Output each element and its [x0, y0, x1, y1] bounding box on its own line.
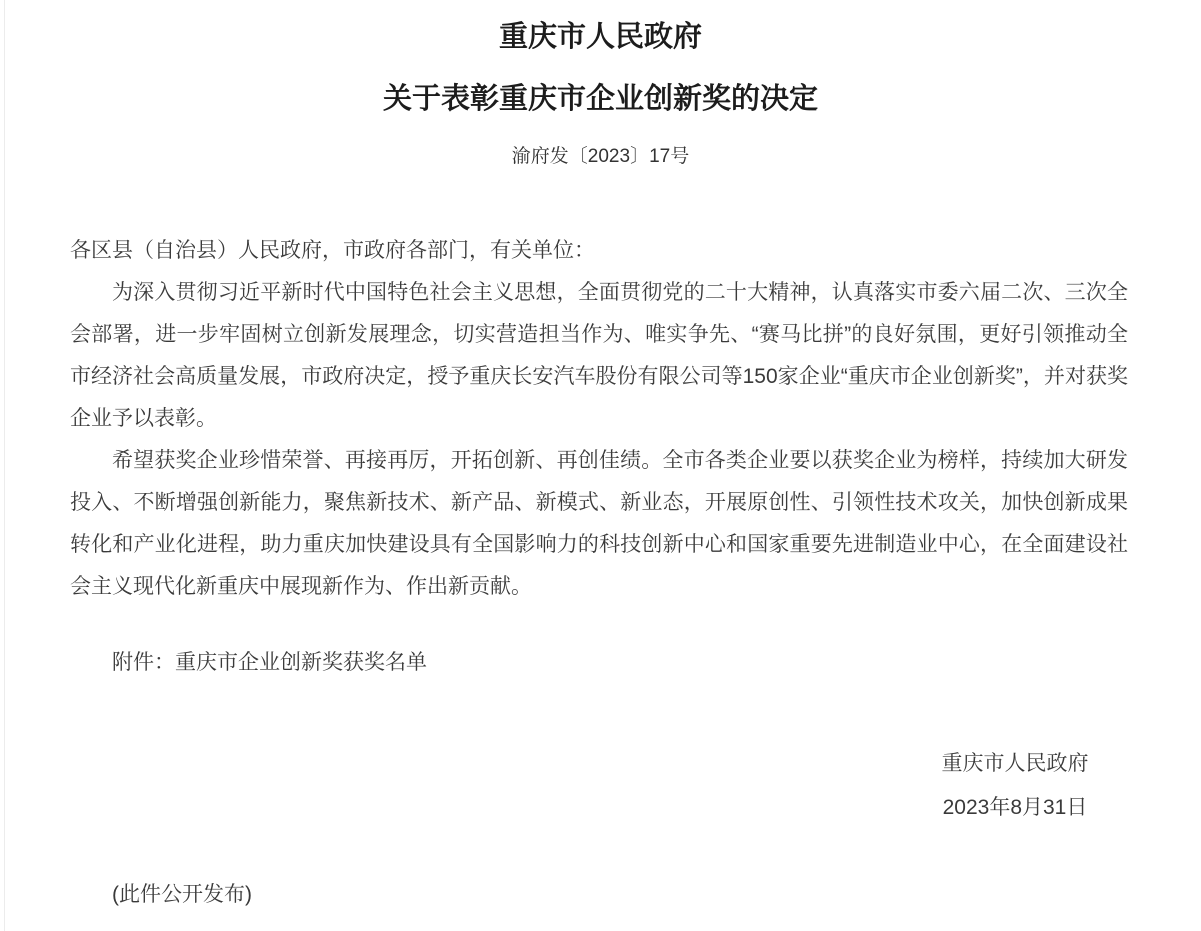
issuing-authority-title: 重庆市人民政府	[0, 20, 1201, 54]
signature-date: 2023年8月31日	[905, 786, 1125, 830]
left-edge-divider	[4, 0, 5, 931]
attachment-reference: 附件：重庆市企业创新奖获奖名单	[70, 642, 1128, 684]
body-paragraph-1: 为深入贯彻习近平新时代中国特色社会主义思想，全面贯彻党的二十大精神，认真落实市委…	[70, 272, 1128, 440]
document-body: 各区县（自治县）人民政府，市政府各部门，有关单位： 为深入贯彻习近平新时代中国特…	[70, 230, 1128, 916]
public-release-note: (此件公开发布)	[70, 874, 1128, 916]
document-header: 重庆市人民政府 关于表彰重庆市企业创新奖的决定 渝府发〔2023〕17号	[0, 0, 1201, 168]
body-paragraph-2: 希望获奖企业珍惜荣誉、再接再厉，开拓创新、再创佳绩。全市各类企业要以获奖企业为榜…	[70, 440, 1128, 608]
document-number: 渝府发〔2023〕17号	[0, 146, 1201, 168]
document-page: 重庆市人民政府 关于表彰重庆市企业创新奖的决定 渝府发〔2023〕17号 各区县…	[0, 0, 1201, 931]
signature-authority: 重庆市人民政府	[905, 742, 1125, 786]
document-title: 关于表彰重庆市企业创新奖的决定	[0, 82, 1201, 116]
signature-block: 重庆市人民政府 2023年8月31日	[905, 742, 1125, 830]
salutation-line: 各区县（自治县）人民政府，市政府各部门，有关单位：	[70, 230, 1128, 272]
